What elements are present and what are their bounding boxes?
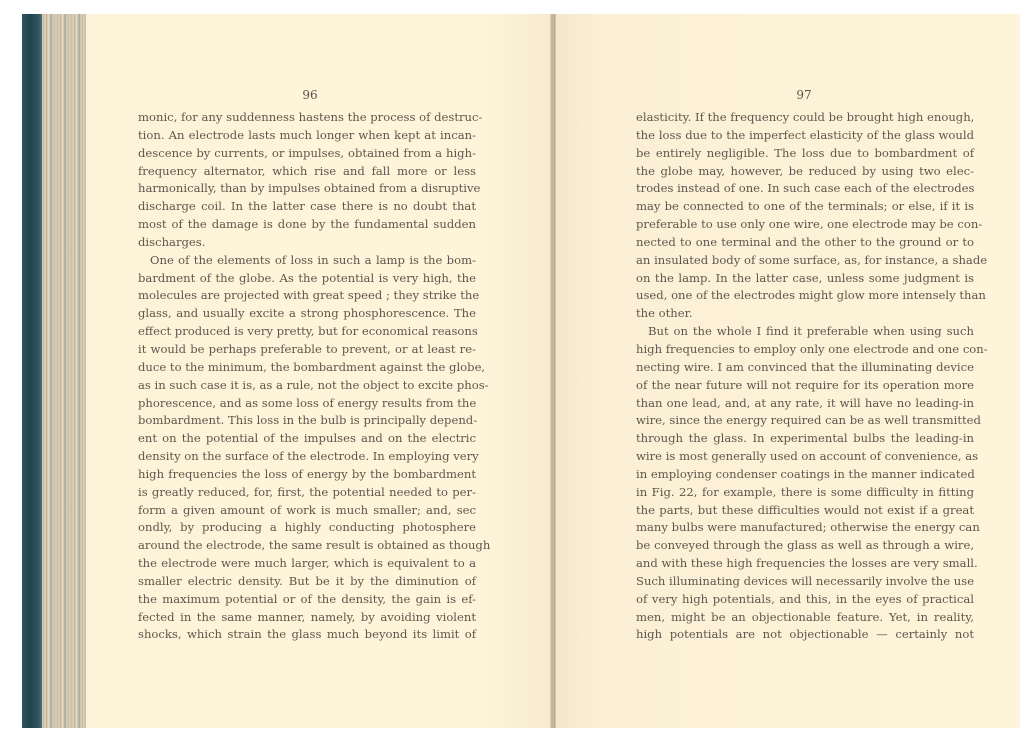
text-line: ent on the potential of the impulses and… [138, 430, 476, 448]
text-line: high frequencies to employ only one elec… [636, 341, 974, 359]
text-line: frequency alternator, which rise and fal… [138, 163, 476, 181]
text-line: around the electrode, the same result is… [138, 537, 476, 555]
text-line: in employing condenser coatings in the m… [636, 466, 974, 484]
open-book: 96 monic, for any suddenness hastens the… [22, 14, 1020, 728]
page-edges [42, 14, 86, 728]
text-line: phorescence, and as some loss of energy … [138, 395, 476, 413]
text-line: of very high potentials, and this, in th… [636, 591, 974, 609]
text-line: many bulbs were manufactured; otherwise … [636, 519, 974, 537]
text-line: molecules are projected with great speed… [138, 287, 476, 305]
text-line: elasticity. If the frequency could be br… [636, 109, 974, 127]
text-line: on the lamp. In the latter case, unless … [636, 270, 974, 288]
text-line: of the near future will not require for … [636, 377, 974, 395]
text-line: used, one of the electrodes might glow m… [636, 287, 974, 305]
text-line: bombardment. This loss in the bulb is pr… [138, 412, 476, 430]
text-line: wire is most generally used on account o… [636, 448, 974, 466]
page-number: 96 [280, 88, 340, 102]
text-line: high potentials are not objectionable — … [636, 626, 974, 644]
text-line: high frequencies the loss of energy by t… [138, 466, 476, 484]
text-line: trodes instead of one. In such case each… [636, 180, 974, 198]
text-line: shocks, which strain the glass much beyo… [138, 626, 476, 644]
text-line: density on the surface of the electrode.… [138, 448, 476, 466]
text-line: the parts, but these difficulties would … [636, 502, 974, 520]
text-line: necting wire. I am convinced that the il… [636, 359, 974, 377]
text-line: But on the whole I find it preferable wh… [636, 323, 974, 341]
text-line: harmonically, than by impulses obtained … [138, 180, 476, 198]
book-spine [22, 14, 42, 728]
text-line: the maximum potential or of the density,… [138, 591, 476, 609]
text-line: smaller electric density. But be it by t… [138, 573, 476, 591]
text-line: tion. An electrode lasts much longer whe… [138, 127, 476, 145]
text-line: Such illuminating devices will necessari… [636, 573, 974, 591]
text-line: as in such case it is, as a rule, not th… [138, 377, 476, 395]
text-line: fected in the same manner, namely, by av… [138, 609, 476, 627]
left-page: 96 monic, for any suddenness hastens the… [86, 14, 552, 728]
text-line: discharges. [138, 234, 476, 252]
text-line: in Fig. 22, for example, there is some d… [636, 484, 974, 502]
text-line: bardment of the globe. As the potential … [138, 270, 476, 288]
text-line: descence by currents, or impulses, obtai… [138, 145, 476, 163]
text-line: an insulated body of some surface, as, f… [636, 252, 974, 270]
text-line: preferable to use only one wire, one ele… [636, 216, 974, 234]
text-line: effect produced is very pretty, but for … [138, 323, 476, 341]
right-page: 97 elasticity. If the frequency could be… [556, 14, 1020, 728]
text-line: the loss due to the imperfect elasticity… [636, 127, 974, 145]
text-line: the electrode were much larger, which is… [138, 555, 476, 573]
text-line: and with these high frequencies the loss… [636, 555, 974, 573]
text-line: may be connected to one of the terminals… [636, 198, 974, 216]
text-line: through the glass. In experimental bulbs… [636, 430, 974, 448]
text-line: ondly, by producing a highly conducting … [138, 519, 476, 537]
text-line: men, might be an objectionable feature. … [636, 609, 974, 627]
page-text: elasticity. If the frequency could be br… [636, 109, 974, 644]
text-line: One of the elements of loss in such a la… [138, 252, 476, 270]
text-line: is greatly reduced, for, first, the pote… [138, 484, 476, 502]
text-line: most of the damage is done by the fundam… [138, 216, 476, 234]
text-line: glass, and usually excite a strong phosp… [138, 305, 476, 323]
page-text: monic, for any suddenness hastens the pr… [138, 109, 476, 644]
text-line: be entirely negligible. The loss due to … [636, 145, 974, 163]
text-line: be conveyed through the glass as well as… [636, 537, 974, 555]
text-line: the other. [636, 305, 974, 323]
text-line: the globe may, however, be reduced by us… [636, 163, 974, 181]
text-line: nected to one terminal and the other to … [636, 234, 974, 252]
text-line: discharge coil. In the latter case there… [138, 198, 476, 216]
text-line: it would be perhaps preferable to preven… [138, 341, 476, 359]
text-line: form a given amount of work is much smal… [138, 502, 476, 520]
text-line: duce to the minimum, the bombardment aga… [138, 359, 476, 377]
text-line: than one lead, and, at any rate, it will… [636, 395, 974, 413]
page-number: 97 [774, 88, 834, 102]
text-line: wire, since the energy required can be a… [636, 412, 974, 430]
text-line: monic, for any suddenness hastens the pr… [138, 109, 476, 127]
